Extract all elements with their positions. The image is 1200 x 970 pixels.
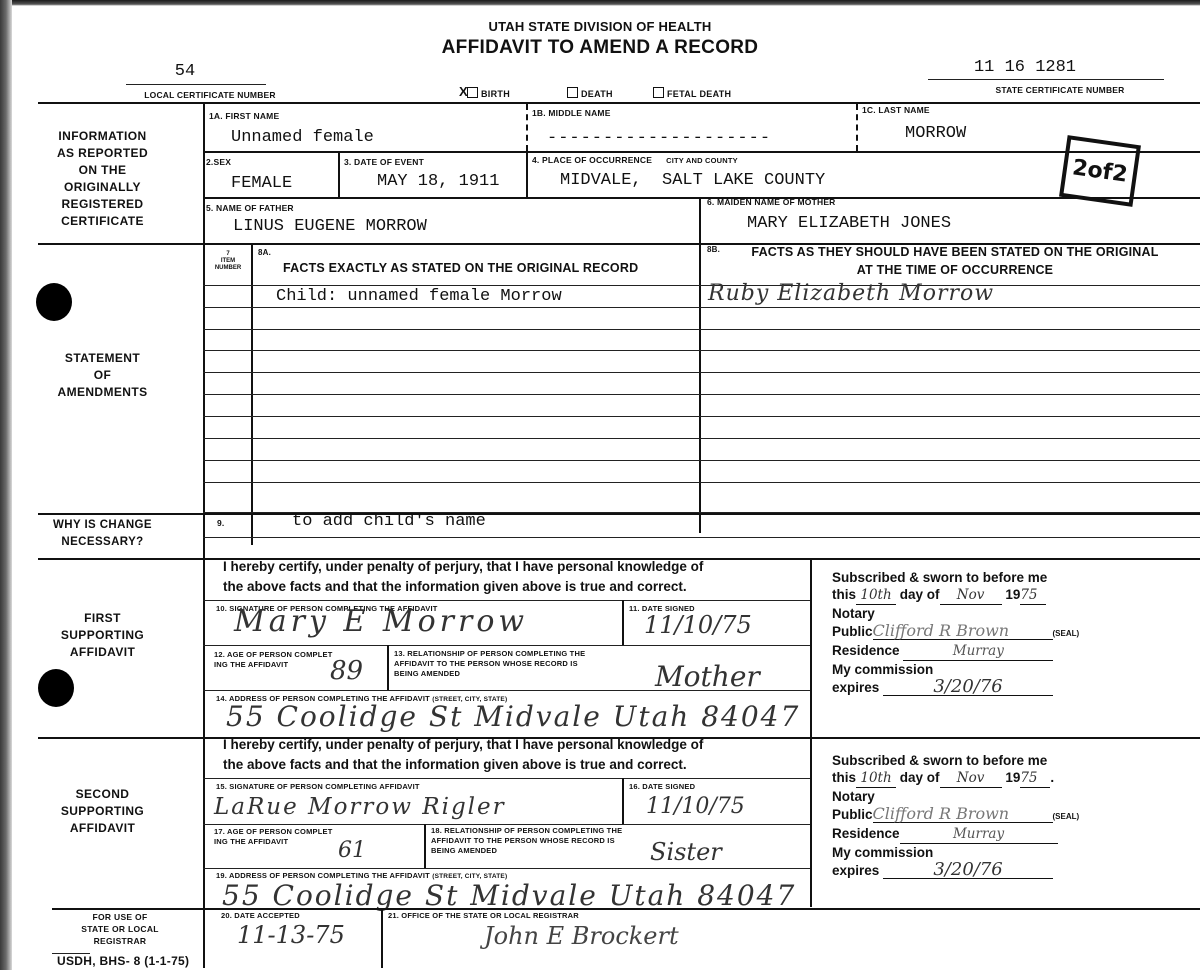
item-number-label: 7ITEMNUMBER bbox=[207, 251, 249, 272]
amend-row-line bbox=[203, 350, 1200, 351]
rule-left-column bbox=[203, 103, 205, 968]
rule-age-1 bbox=[203, 645, 810, 646]
rule-sig-2 bbox=[203, 778, 810, 779]
section-label-registrar: FOR USE OFSTATE OR LOCALREGISTRAR bbox=[60, 911, 180, 947]
divider-sig-date-2 bbox=[622, 778, 624, 824]
last-name-label: 1C. LAST NAME bbox=[862, 105, 930, 115]
rule-top bbox=[38, 102, 1200, 104]
middle-name-value: -------------------- bbox=[547, 129, 771, 148]
local-cert-underline bbox=[126, 84, 266, 85]
relationship-label-1: 13. RELATIONSHIP OF PERSON COMPLETING TH… bbox=[394, 649, 585, 679]
relationship-label-2: 18. RELATIONSHIP OF PERSON COMPLETING TH… bbox=[431, 826, 622, 856]
divider-first-middle bbox=[526, 104, 528, 151]
father-label: 5. NAME OF FATHER bbox=[206, 203, 294, 213]
scan-left-edge bbox=[0, 0, 12, 970]
why-value: to add child's name bbox=[292, 512, 486, 531]
amend-row-line bbox=[203, 416, 1200, 417]
amend-row-line bbox=[203, 394, 1200, 395]
age-2: 61 bbox=[338, 838, 366, 863]
place-label: 4. PLACE OF OCCURRENCECITY AND COUNTY bbox=[532, 155, 738, 165]
divider-notary-1 bbox=[810, 558, 812, 738]
amend-row-line bbox=[203, 307, 1200, 308]
registrar-office-label: 21. OFFICE OF THE STATE OR LOCAL REGISTR… bbox=[388, 911, 579, 921]
divider-age-rel-2 bbox=[424, 824, 426, 868]
amend-row-line bbox=[203, 460, 1200, 461]
divider-sex-date bbox=[338, 151, 340, 197]
certify-text-1: I hereby certify, under penalty of perju… bbox=[223, 557, 703, 597]
last-name-value: MORROW bbox=[905, 124, 966, 143]
state-cert-underline bbox=[928, 79, 1164, 80]
rule-why-top bbox=[38, 513, 1200, 515]
amendment-corrected-1: Ruby Elizabeth Morrow bbox=[708, 281, 994, 306]
date-signed-1: 11/10/75 bbox=[644, 611, 752, 639]
section-label-first-affidavit: FIRSTSUPPORTINGAFFIDAVIT bbox=[30, 610, 175, 661]
record-type-fetal-death[interactable]: FETAL DEATH bbox=[653, 87, 731, 99]
section-label-why: WHY IS CHANGENECESSARY? bbox=[30, 517, 175, 551]
col-8a-header: FACTS EXACTLY AS STATED ON THE ORIGINAL … bbox=[283, 261, 638, 275]
rule-row3 bbox=[203, 197, 1200, 199]
middle-name-label: 1B. MIDDLE NAME bbox=[532, 108, 611, 118]
date-signed-2: 11/10/75 bbox=[646, 794, 745, 819]
divider-notary-2 bbox=[810, 737, 812, 907]
age-label-1: 12. AGE OF PERSON COMPLETING THE AFFIDAV… bbox=[214, 650, 333, 670]
record-type-death[interactable]: DEATH bbox=[567, 87, 613, 99]
checkbox-birth[interactable] bbox=[467, 87, 478, 98]
relationship-1: Mother bbox=[655, 660, 760, 693]
why-num: 9. bbox=[217, 518, 225, 528]
rule-address-2 bbox=[203, 868, 810, 869]
date-accepted: 11-13-75 bbox=[237, 921, 345, 949]
notary-block-2: Subscribed & sworn to before me this10th… bbox=[832, 752, 1079, 879]
scan-top-edge bbox=[0, 0, 1200, 6]
sex-label: 2.SEX bbox=[206, 157, 231, 167]
state-certificate-label: STATE CERTIFICATE NUMBER bbox=[960, 85, 1160, 95]
amend-row-line bbox=[203, 372, 1200, 373]
local-certificate-number: 54 bbox=[150, 62, 220, 81]
page-count-stamp: 2of2 bbox=[1059, 135, 1141, 207]
form-id: USDH, BHS- 8 (1-1-75) bbox=[57, 954, 189, 968]
form-title: AFFIDAVIT TO AMEND A RECORD bbox=[0, 37, 1200, 59]
col-8b-header: FACTS AS THEY SHOULD HAVE BEEN STATED ON… bbox=[700, 243, 1200, 279]
amendment-original-1: Child: unnamed female Morrow bbox=[276, 287, 562, 306]
date-of-event-label: 3. DATE OF EVENT bbox=[344, 157, 424, 167]
agency-name: UTAH STATE DIVISION OF HEALTH bbox=[0, 19, 1200, 34]
rule-address-1 bbox=[203, 690, 810, 691]
amend-row-line bbox=[203, 329, 1200, 330]
mother-value: MARY ELIZABETH JONES bbox=[747, 214, 951, 233]
section-label-second-affidavit: SECONDSUPPORTINGAFFIDAVIT bbox=[30, 786, 175, 837]
divider-date-place bbox=[526, 151, 528, 197]
amend-row-line bbox=[203, 482, 1200, 483]
divider-father-mother bbox=[699, 197, 701, 243]
checkbox-fetal-death[interactable] bbox=[653, 87, 664, 98]
rule-registrar-top bbox=[52, 908, 1200, 910]
rule-row2 bbox=[203, 151, 1200, 153]
registrar-signature: John E Brockert bbox=[484, 922, 679, 950]
date-accepted-label: 20. DATE ACCEPTED bbox=[221, 911, 300, 921]
first-name-value: Unnamed female bbox=[231, 128, 374, 147]
state-certificate-number: 11 16 1281 bbox=[960, 58, 1090, 77]
rule-age-2 bbox=[203, 824, 810, 825]
date-signed-label-2: 16. DATE SIGNED bbox=[629, 782, 695, 792]
local-certificate-label: LOCAL CERTIFICATE NUMBER bbox=[130, 90, 290, 100]
punch-hole-bottom bbox=[38, 669, 74, 707]
rule-sig-1 bbox=[203, 600, 810, 601]
date-of-event-value: MAY 18, 1911 bbox=[377, 172, 499, 191]
certify-text-2: I hereby certify, under penalty of perju… bbox=[223, 735, 703, 775]
section-label-amendments: STATEMENTOFAMENDMENTS bbox=[30, 350, 175, 401]
mother-label: 6. MAIDEN NAME OF MOTHER bbox=[707, 197, 836, 207]
divider-sig-date-1 bbox=[622, 600, 624, 645]
checkbox-death[interactable] bbox=[567, 87, 578, 98]
section-label-original-info: INFORMATIONAS REPORTEDON THEORIGINALLYRE… bbox=[30, 128, 175, 230]
age-1: 89 bbox=[330, 656, 363, 686]
relationship-2: Sister bbox=[650, 838, 722, 866]
col-8a-num: 8A. bbox=[258, 248, 271, 257]
signature-1: Mary E Morrow bbox=[234, 604, 528, 639]
place-value: MIDVALE, SALT LAKE COUNTY bbox=[560, 171, 825, 190]
why-line bbox=[203, 537, 1200, 538]
punch-hole-top bbox=[36, 283, 72, 321]
record-type-birth[interactable]: BIRTH bbox=[467, 87, 510, 99]
notary-block-1: Subscribed & sworn to before me this10th… bbox=[832, 569, 1079, 696]
first-name-label: 1A. FIRST NAME bbox=[209, 111, 279, 121]
divider-8a-8b bbox=[699, 243, 701, 533]
sex-value: FEMALE bbox=[231, 174, 292, 193]
divider-date-office bbox=[381, 908, 383, 968]
address-1: 55 Coolidge St Midvale Utah 84047 bbox=[226, 700, 800, 733]
signature-2: LaRue Morrow Rigler bbox=[214, 794, 506, 820]
amend-row-line bbox=[203, 438, 1200, 439]
signature-label-2: 15. SIGNATURE OF PERSON COMPLETING AFFID… bbox=[216, 782, 420, 792]
father-value: LINUS EUGENE MORROW bbox=[233, 217, 427, 236]
divider-age-rel-1 bbox=[387, 645, 389, 690]
age-label-2: 17. AGE OF PERSON COMPLETING THE AFFIDAV… bbox=[214, 827, 333, 847]
amend-row-line bbox=[203, 285, 1200, 286]
divider-middle-last bbox=[856, 104, 858, 151]
